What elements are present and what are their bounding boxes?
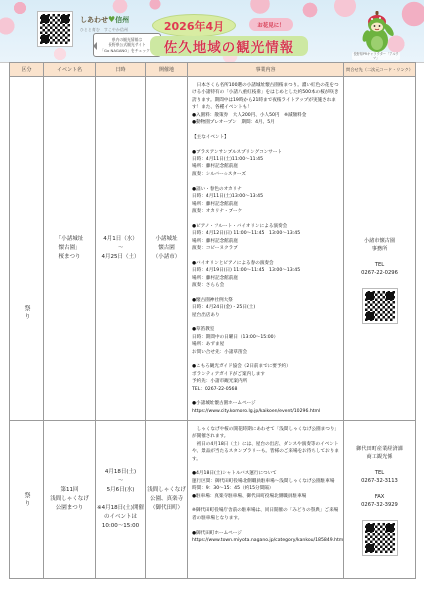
- table-row-2-category: 祭り: [10, 421, 44, 579]
- contact-info: 御代田町産業経済課 商工観光係 TEL 0267-32-3113 FAX 026…: [356, 445, 403, 509]
- flyer-page: しあわせ♥信州 ひとと育む すこやか信州 県内の観光情報は 長野県公式観光サイト…: [0, 0, 424, 600]
- table-row-1-venue: 小諸城址 懐古園 （小諸市）: [146, 77, 188, 421]
- header-banner: しあわせ♥信州 ひとと育む すこやか信州 県内の観光情報は 長野県公式観光サイト…: [0, 0, 424, 63]
- column-header-category: 区分: [10, 63, 44, 77]
- table-row-1-details: 日本さくら名所100選の小諸城址懐古園桜まつり。濃い紅色の花をつける小諸特有の「…: [188, 77, 344, 421]
- page-title: 佐久地域の観光情報: [150, 36, 308, 56]
- column-header-date: 日時: [96, 63, 146, 77]
- table-row-1-date: 4月1日（水） ～ 4月25日（土）: [96, 77, 146, 421]
- hanami-badge: お花見に！: [249, 18, 293, 31]
- column-header-venue: 開催地: [146, 63, 188, 77]
- column-header-details: 事業内容: [188, 63, 344, 77]
- table-row-1-contact: 小諸市懐古園 事務所 TEL 0267-22-0296: [344, 77, 416, 421]
- table-row-1-event-name: 「小諸城址 懐古園」 桜まつり: [44, 77, 96, 421]
- column-header-contact: 問合せ先（二次元コード・リンク）: [344, 63, 416, 77]
- contact-qr-code: [363, 521, 397, 555]
- table-row-1-category: 祭り: [10, 77, 44, 421]
- table-row-2-event-name: 第11回 浅間しゃくなげ 公園まつり: [44, 421, 96, 579]
- header-qr-code: [38, 12, 72, 46]
- table-row-2-date: 4月18日(土) ～ 5月6日(水) ※4月18日(土)開催 のイベントは 10…: [96, 421, 146, 579]
- column-header-event: イベント名: [44, 63, 96, 77]
- mascot-caption: 長野県PRキャラクター「アルクマ」: [352, 52, 400, 60]
- shinshu-logo: しあわせ♥信州 ひとと育む すこやか信州: [80, 15, 150, 33]
- logo-text-region: 信州: [115, 16, 129, 24]
- arukuma-mascot-icon: [358, 10, 396, 54]
- category-label: 祭り: [22, 492, 31, 508]
- event-table: 区分 イベント名 日時 開催地 事業内容 問合せ先（二次元コード・リンク） 祭り…: [9, 62, 416, 579]
- contact-info: 小諸市懐古園 事務所 TEL 0267-22-0296: [361, 237, 398, 277]
- category-label: 祭り: [22, 305, 31, 420]
- table-row-2-contact: 御代田町産業経済課 商工観光係 TEL 0267-32-3113 FAX 026…: [344, 421, 416, 579]
- logo-text-main: しあわせ: [80, 16, 108, 24]
- contact-qr-code: [363, 289, 397, 323]
- month-badge: 2026年4月: [152, 14, 236, 37]
- table-row-2-details: しゃくなげや桜の開花時期にあわせて「浅間しゃくなげ公園まつり」が開催されます。 …: [188, 421, 344, 579]
- table-row-2-venue: 浅間しゃくなげ 公園、真楽寺 （御代田町）: [146, 421, 188, 579]
